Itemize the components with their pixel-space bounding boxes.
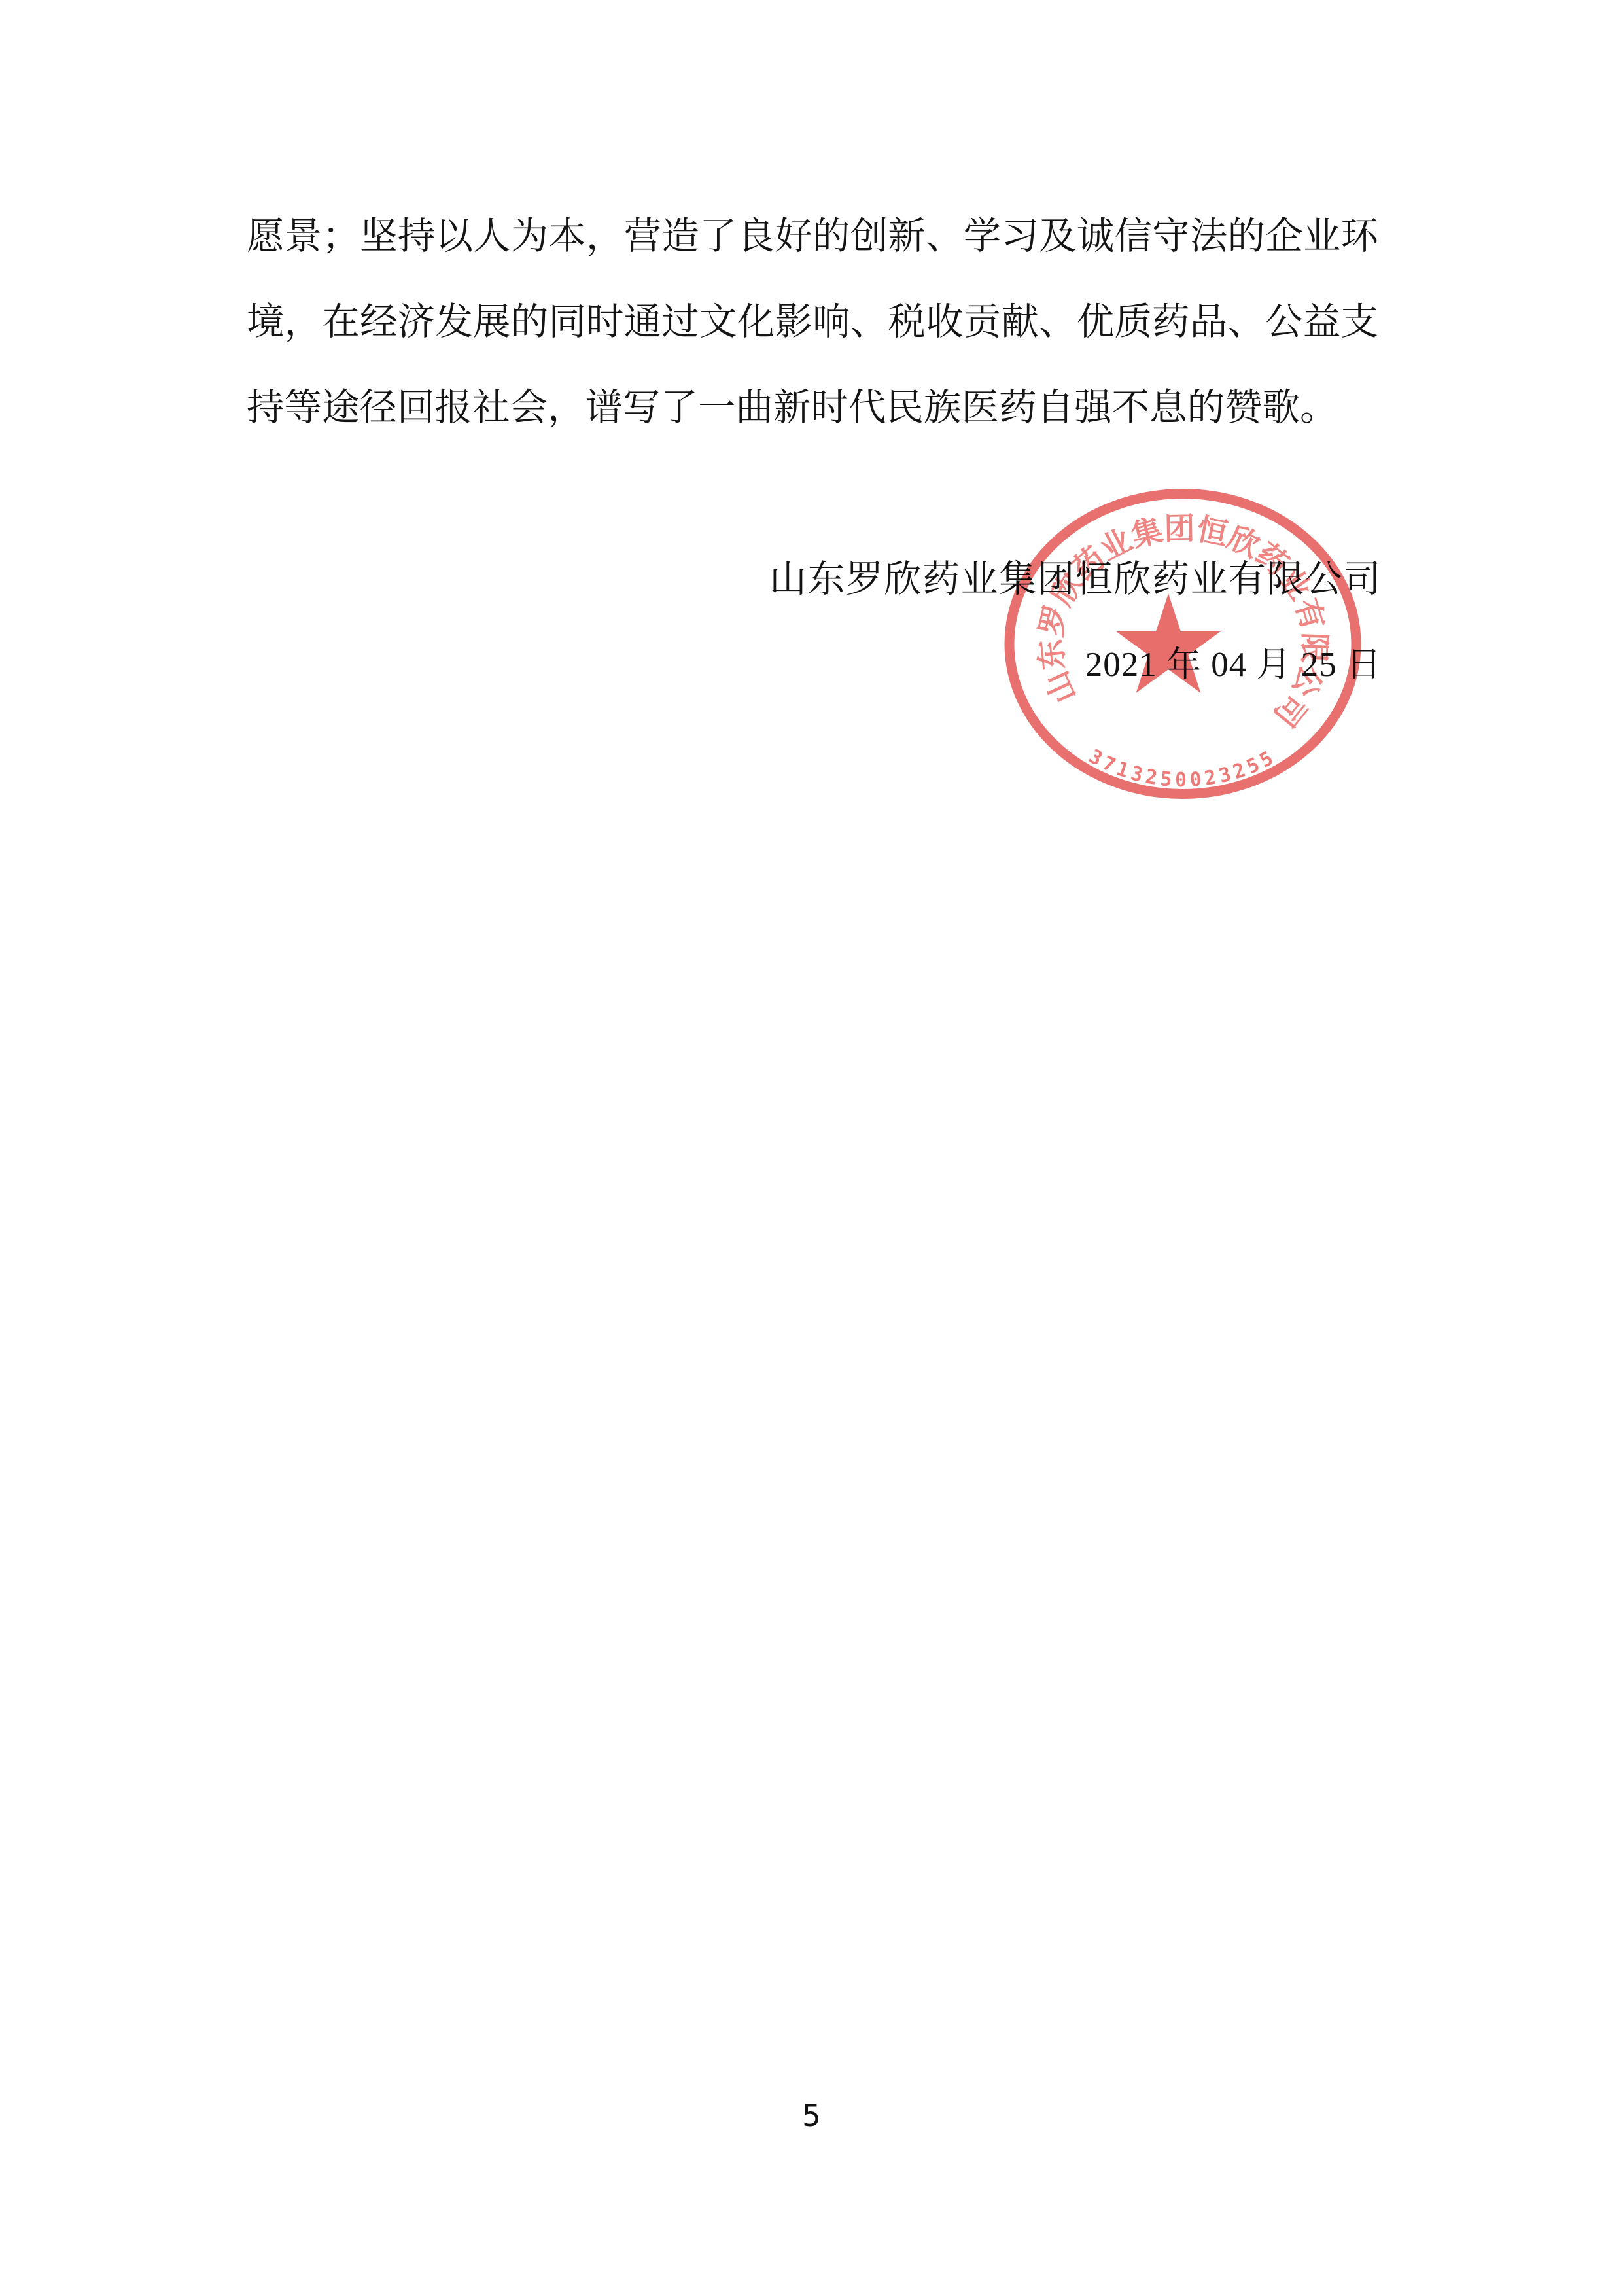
svg-text:山东罗欣药业集团恒欣药业有限公司: 山东罗欣药业集团恒欣药业有限公司	[1034, 512, 1331, 733]
body-line-3: 持等途径回报社会，谱写了一曲新时代民族医药自强不息的赞歌。	[247, 365, 1378, 451]
body-paragraph: 愿景；坚持以人为本，营造了良好的创新、学习及诚信守法的企业环 境，在经济发展的同…	[247, 194, 1378, 451]
seal-ring-text: 山东罗欣药业集团恒欣药业有限公司	[1034, 512, 1331, 733]
company-seal: 山东罗欣药业集团恒欣药业有限公司 3713250023255	[1003, 488, 1362, 800]
body-line-2: 境，在经济发展的同时通过文化影响、税收贡献、优质药品、公益支	[247, 279, 1378, 365]
body-line-1: 愿景；坚持以人为本，营造了良好的创新、学习及诚信守法的企业环	[247, 194, 1378, 279]
seal-star-icon	[1116, 593, 1221, 693]
page-number: 5	[0, 2100, 1623, 2132]
document-page: 愿景；坚持以人为本，营造了良好的创新、学习及诚信守法的企业环 境，在经济发展的同…	[0, 0, 1623, 2296]
